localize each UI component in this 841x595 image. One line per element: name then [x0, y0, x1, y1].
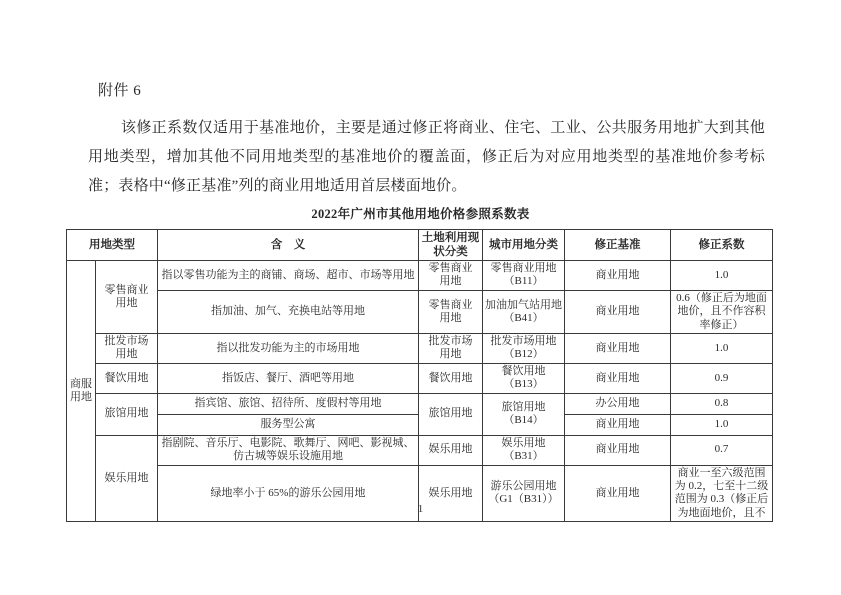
- header-land-type: 用地类型: [67, 230, 158, 261]
- cell-basis: 商业用地: [565, 334, 671, 364]
- cell-coefficient: 0.7: [671, 435, 773, 465]
- cell-status: 娱乐用地: [419, 435, 483, 465]
- cell-basis: 商业用地: [565, 290, 671, 333]
- cell-basis: 商业用地: [565, 435, 671, 465]
- cell-urban: 加油加气站用地 （B41）: [483, 290, 565, 333]
- cell-coefficient: 1.0: [671, 414, 773, 435]
- cell-status: 零售商业 用地: [419, 290, 483, 333]
- cell-subtype: 批发市场 用地: [96, 334, 158, 364]
- cell-coefficient: 0.8: [671, 393, 773, 414]
- header-basis: 修正基准: [565, 230, 671, 261]
- cell-meaning: 服务型公寓: [158, 414, 419, 435]
- cell-urban: 批发市场用地 （B12）: [483, 334, 565, 364]
- attachment-label: 附件 6: [98, 79, 141, 100]
- cell-urban: 零售商业用地 （B11）: [483, 261, 565, 291]
- coefficient-table: 用地类型 含 义 土地利用现状分类 城市用地分类 修正基准 修正系数 商服 用地…: [66, 229, 773, 522]
- cell-status: 零售商业 用地: [419, 261, 483, 291]
- cell-group: 商服 用地: [67, 261, 96, 522]
- cell-meaning: 指饭店、餐厅、酒吧等用地: [158, 363, 419, 393]
- cell-meaning: 指以零售功能为主的商铺、商场、超市、市场等用地: [158, 261, 419, 291]
- cell-status: 旅馆用地: [419, 393, 483, 435]
- intro-paragraph: 该修正系数仅适用于基准地价，主要是通过修正将商业、住宅、工业、公共服务用地扩大到…: [88, 114, 765, 201]
- cell-status: 批发市场 用地: [419, 334, 483, 364]
- page-number: 1: [0, 503, 841, 515]
- cell-coefficient: 0.9: [671, 363, 773, 393]
- cell-urban: 旅馆用地（B14）: [483, 393, 565, 435]
- cell-subtype: 旅馆用地: [96, 393, 158, 435]
- document-page: 附件 6 该修正系数仅适用于基准地价，主要是通过修正将商业、住宅、工业、公共服务…: [0, 0, 841, 595]
- cell-coefficient: 1.0: [671, 334, 773, 364]
- cell-urban: 娱乐用地（B31）: [483, 435, 565, 465]
- cell-coefficient: 1.0: [671, 261, 773, 291]
- cell-status: 餐饮用地: [419, 363, 483, 393]
- table-header-row: 用地类型 含 义 土地利用现状分类 城市用地分类 修正基准 修正系数: [67, 230, 773, 261]
- cell-meaning: 指宾馆、旅馆、招待所、度假村等用地: [158, 393, 419, 414]
- cell-meaning: 指剧院、音乐厅、电影院、歌舞厅、网吧、影视城、仿古城等娱乐设施用地: [158, 435, 419, 465]
- table-row: 餐饮用地 指饭店、餐厅、酒吧等用地 餐饮用地 餐饮用地（B13） 商业用地 0.…: [67, 363, 773, 393]
- table-row: 批发市场 用地 指以批发功能为主的市场用地 批发市场 用地 批发市场用地 （B1…: [67, 334, 773, 364]
- table-row: 商服 用地 零售商业 用地 指以零售功能为主的商铺、商场、超市、市场等用地 零售…: [67, 261, 773, 291]
- header-meaning: 含 义: [158, 230, 419, 261]
- cell-meaning: 指加油、加气、充换电站等用地: [158, 290, 419, 333]
- header-status-class: 土地利用现状分类: [419, 230, 483, 261]
- cell-meaning: 指以批发功能为主的市场用地: [158, 334, 419, 364]
- header-urban-class: 城市用地分类: [483, 230, 565, 261]
- table-title: 2022年广州市其他用地价格参照系数表: [0, 204, 841, 222]
- cell-basis: 办公用地: [565, 393, 671, 414]
- cell-basis: 商业用地: [565, 261, 671, 291]
- cell-subtype: 零售商业 用地: [96, 261, 158, 334]
- table-row: 娱乐用地 指剧院、音乐厅、电影院、歌舞厅、网吧、影视城、仿古城等娱乐设施用地 娱…: [67, 435, 773, 465]
- table-row: 指加油、加气、充换电站等用地 零售商业 用地 加油加气站用地 （B41） 商业用…: [67, 290, 773, 333]
- cell-basis: 商业用地: [565, 414, 671, 435]
- header-coefficient: 修正系数: [671, 230, 773, 261]
- cell-basis: 商业用地: [565, 363, 671, 393]
- cell-coefficient: 0.6（修正后为地面 地价，且不作容积 率修正）: [671, 290, 773, 333]
- cell-subtype: 餐饮用地: [96, 363, 158, 393]
- table-row: 旅馆用地 指宾馆、旅馆、招待所、度假村等用地 旅馆用地 旅馆用地（B14） 办公…: [67, 393, 773, 414]
- cell-urban: 餐饮用地（B13）: [483, 363, 565, 393]
